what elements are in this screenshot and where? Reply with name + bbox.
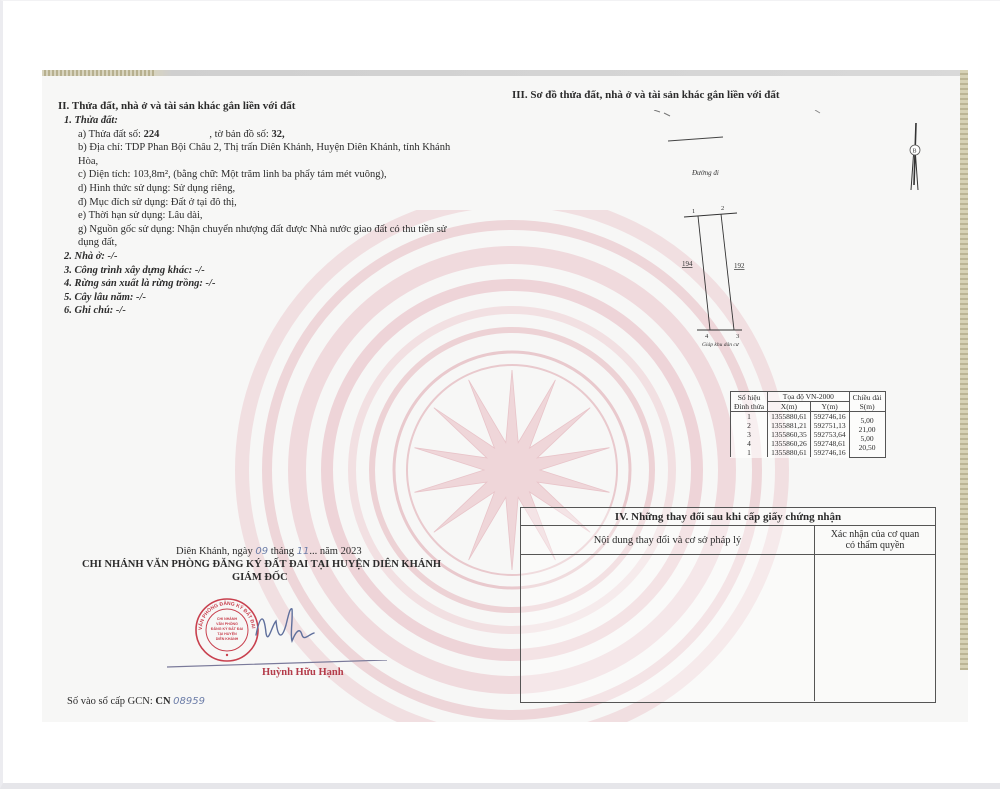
coord-col-header: Tọa độ VN-2000	[768, 392, 850, 402]
perennial-tree-item: 5. Cây lâu năm: -/-	[64, 291, 484, 305]
map-label: , tờ bản đồ số:	[209, 129, 271, 140]
section-2-title: II. Thửa đất, nhà ở và tài sản khác gắn …	[58, 100, 295, 113]
address-row: b) Địa chỉ: TDP Phan Bội Châu 2, Thị trấ…	[64, 141, 484, 155]
x-coord-cell: 1355860,26	[768, 439, 811, 448]
signer-position: GIÁM ĐỐC	[232, 571, 288, 584]
y-coord-cell: 592746,16	[810, 448, 849, 457]
registry-number: Số vào sổ cấp GCN: CN 08959	[67, 695, 205, 708]
page-right-edge	[960, 70, 968, 670]
vertex-cell: 1	[731, 448, 768, 457]
x-coord-cell: 1355880,61	[768, 412, 811, 422]
handwritten-signature	[252, 605, 322, 650]
parcel-label: a) Thửa đất số:	[78, 129, 144, 140]
origin-row-cont: dụng đất,	[64, 236, 484, 250]
issue-day: 09	[255, 546, 268, 557]
svg-text:4: 4	[705, 333, 709, 340]
svg-text:TẠI HUYỆN: TẠI HUYỆN	[217, 631, 237, 636]
signer-name: Huỳnh Hữu Hạnh	[262, 666, 344, 679]
issuing-organization: CHI NHÁNH VĂN PHÒNG ĐĂNG KÝ ĐẤT ĐAI TẠI …	[82, 558, 441, 571]
official-seal-icon: VĂN PHÒNG ĐĂNG KÝ ĐẤT ĐAI TỈNH KHÁNH HÒA…	[194, 597, 260, 663]
parcel-number-row: a) Thửa đất số: 224, tờ bản đồ số: 32,	[64, 128, 484, 142]
north-arrow-icon: B	[910, 123, 920, 190]
vertex-col-header: Số hiệuĐỉnh thửa	[731, 392, 768, 412]
vertex-cell: 4	[731, 439, 768, 448]
svg-text:1: 1	[692, 208, 695, 215]
edge-length-cell: 5,0021,005,0020,50	[849, 412, 885, 458]
road-marks	[654, 110, 723, 141]
svg-text:2: 2	[721, 205, 724, 212]
forest-item: 4. Rừng sản xuất là rừng trồng: -/-	[64, 277, 484, 291]
section-4-title: IV. Những thay đổi sau khi cấp giấy chứn…	[521, 508, 935, 526]
authority-confirmation-cell	[815, 555, 935, 701]
change-content-cell	[521, 555, 815, 701]
area-row: c) Diện tích: 103,8m², (bằng chữ: Một tr…	[64, 168, 484, 182]
usage-term-row: e) Thời hạn sử dụng: Lâu dài,	[64, 209, 484, 223]
changes-table: IV. Những thay đổi sau khi cấp giấy chứn…	[520, 507, 936, 703]
svg-text:ĐĂNG KÝ ĐẤT ĐAI: ĐĂNG KÝ ĐẤT ĐAI	[211, 626, 243, 631]
edge-length: 5,00	[853, 434, 882, 443]
neighbor-right-parcel: 192	[734, 262, 745, 270]
svg-text:DIÊN KHÁNH: DIÊN KHÁNH	[216, 636, 239, 641]
vertex-cell: 2	[731, 421, 768, 430]
svg-text:CHI NHÁNH: CHI NHÁNH	[217, 616, 238, 621]
parcel-number: 224	[144, 129, 160, 140]
land-certificate-page: II. Thửa đất, nhà ở và tài sản khác gắn …	[42, 70, 968, 722]
edge-length: 20,50	[853, 443, 882, 452]
parcel-outline	[684, 213, 742, 330]
y-coord-cell: 592751,13	[810, 421, 849, 430]
svg-text:3: 3	[736, 333, 739, 340]
svg-text:B: B	[913, 149, 917, 155]
map-number: 32,	[271, 129, 284, 140]
land-heading: 1. Thửa đất:	[64, 114, 484, 128]
y-coord-cell: 592748,61	[810, 439, 849, 448]
construction-item: 3. Công trình xây dựng khác: -/-	[64, 264, 484, 278]
usage-form-row: d) Hình thức sử dụng: Sử dụng riêng,	[64, 182, 484, 196]
x-coord-cell: 1355881,21	[768, 421, 811, 430]
usage-purpose-row: đ) Mục đích sử dụng: Đất ở tại đô thị,	[64, 196, 484, 210]
notes-item: 6. Ghi chú: -/-	[64, 304, 484, 318]
issue-month: 11	[297, 546, 310, 557]
section-3-title: III. Sơ đồ thửa đất, nhà ở và tài sản kh…	[512, 89, 780, 102]
page-top-edge	[42, 70, 968, 76]
change-content-header: Nội dung thay đổi và cơ sở pháp lý	[521, 526, 815, 554]
length-col-header: Chiều dàiS(m)	[849, 392, 885, 412]
origin-row: g) Nguồn gốc sử dụng: Nhận chuyển nhượng…	[64, 223, 484, 237]
svg-text:VĂN PHÒNG: VĂN PHÒNG	[216, 621, 238, 626]
land-info-list: 1. Thửa đất: a) Thửa đất số: 224, tờ bản…	[64, 114, 484, 318]
page-security-marks	[44, 70, 154, 76]
edge-length: 21,00	[853, 425, 882, 434]
coordinate-row: 11355880,61592746,165,0021,005,0020,50	[731, 412, 886, 422]
registry-handwritten-number: 08959	[173, 696, 205, 707]
edge-length: 5,00	[853, 416, 882, 425]
vertex-cell: 1	[731, 412, 768, 422]
x-coord-cell: 1355860,35	[768, 430, 811, 439]
x-col-header: X(m)	[768, 402, 811, 412]
x-coord-cell: 1355880,61	[768, 448, 811, 457]
coordinate-table: Số hiệuĐỉnh thửa Tọa độ VN-2000 Chiều dà…	[730, 391, 886, 458]
road-label: Đường đi	[691, 169, 719, 177]
bottom-neighbor-label: Giáp khu dân cư	[702, 342, 740, 348]
y-col-header: Y(m)	[810, 402, 849, 412]
y-coord-cell: 592753,64	[810, 430, 849, 439]
vertex-cell: 3	[731, 430, 768, 439]
issue-date: Diên Khánh, ngày 09 tháng 11... năm 2023	[176, 545, 362, 558]
y-coord-cell: 592746,16	[810, 412, 849, 422]
house-item: 2. Nhà ở: -/-	[64, 250, 484, 264]
authority-confirmation-header: Xác nhận của cơ quan có thẩm quyền	[815, 526, 935, 554]
neighbor-left-parcel: 194	[682, 260, 693, 268]
parcel-diagram: Đường đi 1 2 3 4 194 192 Giáp khu dân cư…	[602, 110, 942, 350]
address-row-cont: Hòa,	[64, 155, 484, 169]
